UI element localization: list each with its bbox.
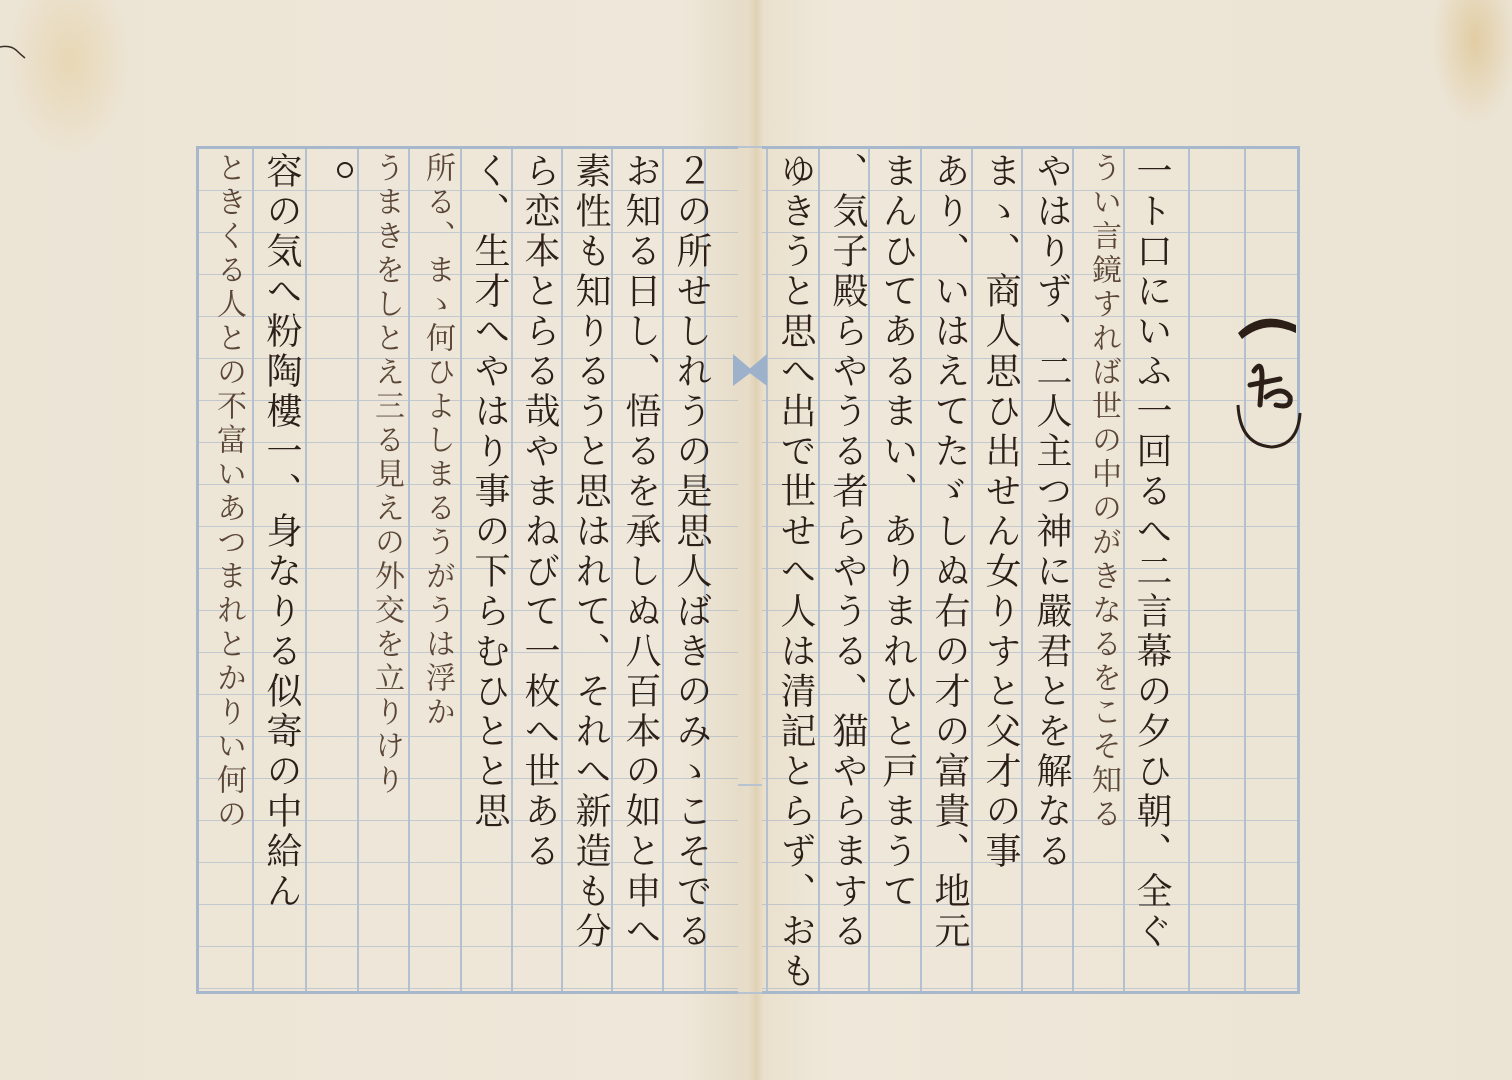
paragraph-circle-mark bbox=[337, 162, 353, 178]
left-col-6: 所る、まゝ何ひよしまるうがうは浮か bbox=[412, 152, 462, 730]
fold-bottom-line bbox=[738, 992, 762, 994]
left-col-4: ら恋本とらる哉やまねびて一枚へ世ある bbox=[514, 152, 564, 872]
fold-mid-line bbox=[738, 784, 762, 786]
right-col-1: 一ト口にいふ一回るへ二言幕の夕ひ朝、全ぐ bbox=[1126, 152, 1176, 952]
left-col-1: ２の所せしれうの是思人ばきのみゝこそでる bbox=[666, 152, 716, 952]
left-col-9: 容の気へ粉陶樓一、身なりる似寄の中給ん bbox=[256, 152, 306, 912]
left-col-2: お知る日し、悟るを承しぬ八百本の如と申へ bbox=[615, 152, 665, 952]
left-col-7: うまきをしとえ三る見えの外交を立りけり bbox=[361, 152, 411, 798]
ink-scratch-mark bbox=[0, 44, 26, 62]
left-col-10: ときくる人との不富いあつまれとかりい何の bbox=[203, 152, 253, 832]
right-col-8: ゆきうと思へ出で世せへ人は清記とらず、おも bbox=[770, 152, 820, 992]
right-col-2: うい言鏡すれば世の中のがきなるをこそ知る bbox=[1078, 152, 1128, 832]
title-mark-circled-character bbox=[1232, 305, 1304, 455]
right-col-7: 、気子殿らやうる者らやうる、猫やらまする bbox=[822, 152, 872, 952]
left-col-3: 素性も知りるうと思はれて、それへ新造も分 bbox=[565, 152, 615, 952]
right-col-6: まんひてあるまい、ありまれひと戸まうて bbox=[872, 152, 922, 912]
right-col-5: あり、いはえてたゞしぬ右の才の富貴、地元 bbox=[924, 152, 974, 952]
fold-top-line bbox=[738, 146, 762, 148]
right-col-4: まゝ、商人思ひ出せん女りすと父才の事 bbox=[975, 152, 1025, 872]
left-col-5: く、生才へやはり事の下らむひとと思 bbox=[464, 152, 514, 832]
right-col-3: やはりず、二人主つ神に嚴君とを解なる bbox=[1026, 152, 1076, 872]
